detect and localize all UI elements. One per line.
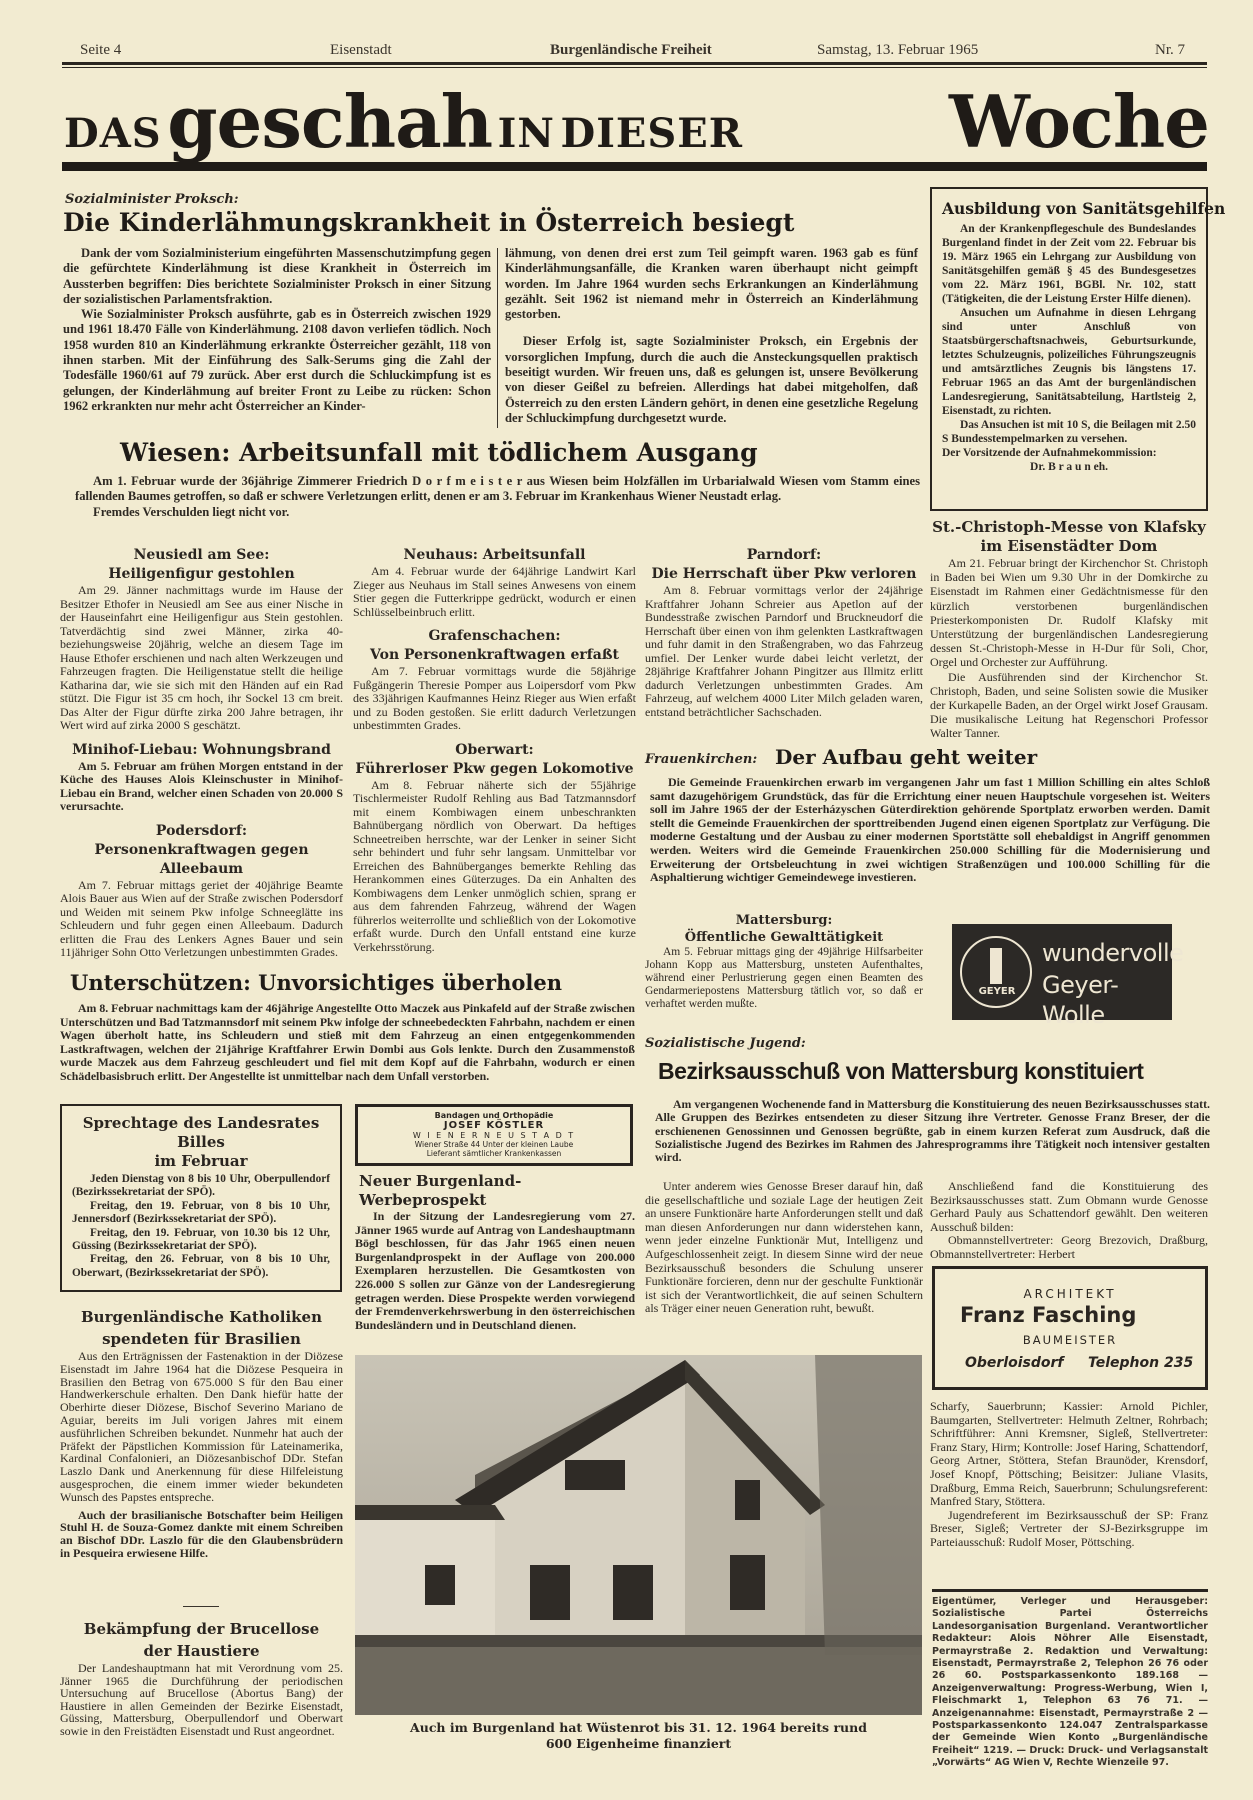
neusiedl-headline: Neusiedl am See: (60, 546, 343, 565)
fasching-ad-phone: Telephon 235 (1088, 1355, 1193, 1371)
koestler-ad-line1: Bandagen und Orthopädie (358, 1111, 630, 1120)
geyer-ad-line1: wundervolle (1042, 938, 1183, 968)
oberwart-subheadline: Führerloser Pkw gegen Lokomotive (353, 760, 636, 779)
paragraph: Dank der vom Sozialministerium eingeführ… (63, 246, 491, 307)
banner-word: Woche (949, 82, 1209, 162)
sprechtage-headline: Sprechtage des Landesrates Billes (72, 1114, 330, 1152)
impressum-rule (932, 1589, 1208, 1592)
banner-word: IN (498, 110, 555, 157)
banner-rule (62, 162, 1207, 171)
paragraph: Ansuchen um Aufnahme in diesen Lehrgang … (942, 306, 1196, 418)
mattersburg-headline: Mattersburg: (645, 912, 923, 929)
paragraph: Jeden Dienstag von 8 bis 10 Uhr, Oberpul… (72, 1173, 330, 1200)
masthead-rule (62, 62, 1207, 68)
parndorf-headline: Parndorf: (645, 546, 923, 565)
sprechtage-box: Sprechtage des Landesrates Billes im Feb… (60, 1104, 342, 1292)
paragraph: Freitag, den 19. Februar, von 10.30 bis … (72, 1227, 330, 1254)
paragraph: Am 7. Februar mittags geriet der 40jähri… (60, 879, 343, 960)
frauenkirchen-body: Die Gemeinde Frauenkirchen erwarb im ver… (650, 776, 1210, 885)
paragraph: Das Ansuchen ist mit 10 S, die Beilagen … (942, 418, 1196, 446)
article-separator (183, 1606, 219, 1607)
banner-word: DIESER (561, 110, 744, 157)
fasching-ad-place: Oberloisdorf (965, 1355, 1064, 1371)
paragraph: Am 8. Februar nachmittags kam der 46jähr… (60, 1002, 635, 1084)
grafenschachen-headline: Grafenschachen: (353, 627, 636, 646)
brucellose-article: Bekämpfung der Brucellose der Haustiere … (60, 1618, 343, 1738)
paragraph: Am vergangenen Wochenende fand in Matter… (655, 1098, 1210, 1164)
lead-headline: Die Kinderlähmungskrankheit in Österreic… (63, 208, 794, 237)
koestler-ad-note: Lieferant sämtlicher Krankenkassen (358, 1149, 630, 1158)
newspaper-page: Seite 4 Eisenstadt Burgenländische Freih… (0, 0, 1253, 1800)
lead-kicker: Sozialminister Proksch: (65, 192, 239, 207)
neusiedl-subheadline: Heiligenfigur gestohlen (60, 565, 343, 584)
unterschuetzen-headline: Unterschützen: Unvorsichtiges überholen (70, 970, 562, 995)
masthead-paper: Burgenländische Freiheit (550, 42, 712, 59)
house-photo (355, 1355, 922, 1715)
paragraph: Eigentümer, Verleger und Herausgeber: So… (932, 1596, 1208, 1770)
banner-word: DAS (64, 110, 162, 157)
paragraph: Fremdes Verschulden liegt nicht vor. (75, 505, 920, 520)
column-a: Neusiedl am See: Heiligenfigur gestohlen… (60, 546, 343, 960)
paragraph: Am 5. Februar mittags ging der 49jährige… (645, 946, 923, 1011)
jugend-col-2-bottom: Scharfy, Sauerbrunn; Kassier: Arnold Pic… (930, 1400, 1208, 1550)
paragraph: Am 7. Februar vormittags wurde die 58jäh… (353, 665, 636, 733)
jugend-lead: Am vergangenen Wochenende fand in Matter… (655, 1098, 1210, 1164)
paragraph: Dieser Erfolg ist, sagte Sozialminister … (505, 334, 918, 426)
podersdorf-subheadline: Personenkraftwagen gegen Alleebaum (60, 841, 343, 879)
geyer-logo-icon: GEYER (960, 936, 1032, 1008)
paragraph: In der Sitzung der Landesregierung vom 2… (355, 1210, 635, 1332)
sanitaet-box: Ausbildung von Sanitätsgehilfen An der K… (930, 187, 1208, 511)
koestler-ad-city: W I E N E R N E U S T A D T (358, 1131, 630, 1140)
jugend-headline: Bezirksausschuß von Mattersburg konstitu… (658, 1058, 1143, 1085)
paragraph: Scharfy, Sauerbrunn; Kassier: Arnold Pic… (930, 1400, 1208, 1509)
parndorf-article: Parndorf: Die Herrschaft über Pkw verlor… (645, 546, 923, 719)
oberwart-headline: Oberwart: (353, 741, 636, 760)
paragraph: Unter anderem wies Genosse Breser darauf… (645, 1180, 923, 1316)
paragraph: Anschließend fand die Konstituierung des… (930, 1180, 1208, 1234)
column-b: Neuhaus: Arbeitsunfall Am 4. Februar wur… (353, 546, 636, 954)
paragraph: Freitag, den 26. Februar, von 8 bis 10 U… (72, 1253, 330, 1280)
paragraph: Auch der brasilianische Botschafter beim… (60, 1509, 343, 1560)
column-divider (497, 248, 498, 428)
masthead-city: Eisenstadt (330, 42, 392, 59)
paragraph: Jugendreferent im Bezirksausschuß der SP… (930, 1509, 1208, 1550)
photo-caption: Auch im Burgenland hat Wüstenrot bis 31.… (355, 1720, 922, 1752)
paragraph: Die Gemeinde Frauenkirchen erwarb im ver… (650, 776, 1210, 885)
jugend-col-1: Unter anderem wies Genosse Breser darauf… (645, 1180, 923, 1316)
paragraph: Wie Sozialminister Proksch ausführte, ga… (63, 307, 491, 414)
grafenschachen-subheadline: Von Personenkraftwagen erfaßt (353, 646, 636, 665)
koestler-ad: Bandagen und Orthopädie JOSEF KÖSTLER W … (355, 1104, 633, 1166)
mattersburg-subheadline: Öffentliche Gewalttätigkeit (645, 929, 923, 946)
paragraph: Am 8. Februar näherte sich der 55jährige… (353, 779, 636, 955)
fasching-ad-subtitle: BAUMEISTER (935, 1333, 1205, 1347)
katholiken-headline: Burgenländische Katholiken (60, 1306, 343, 1328)
brucellose-subheadline: der Haustiere (60, 1640, 343, 1662)
wiesen-headline: Wiesen: Arbeitsunfall mit tödlichem Ausg… (120, 438, 758, 467)
paragraph: Am 5. Februar am frühen Morgen entstand … (60, 760, 343, 814)
jugend-kicker: Sozialistische Jugend: (645, 1036, 806, 1051)
christoph-article: St.-Christoph-Messe von Klafsky im Eisen… (930, 518, 1208, 741)
paragraph: Am 21. Februar bringt der Kirchenchor St… (930, 556, 1208, 670)
masthead: Seite 4 Eisenstadt Burgenländische Freih… (80, 42, 1205, 62)
signature: Dr. B r a u n eh. (942, 460, 1196, 474)
frauenkirchen-kicker: Frauenkirchen: (645, 752, 757, 767)
fasching-ad-name: Franz Fasching (960, 1303, 1136, 1327)
paragraph: Am 4. Februar wurde der 64jährige Landwi… (353, 565, 636, 619)
mattersburg-article: Mattersburg: Öffentliche Gewalttätigkeit… (645, 912, 923, 1011)
geyer-wolle-ad: GEYER wundervolle Geyer-Wolle (952, 924, 1172, 1020)
neuhaus-headline: Neuhaus: Arbeitsunfall (353, 546, 636, 565)
paragraph: lähmung, von denen drei erst zum Teil ge… (505, 246, 918, 322)
koestler-ad-name: JOSEF KÖSTLER (358, 1120, 630, 1131)
masthead-issue: Nr. 7 (1155, 42, 1185, 59)
christoph-subheadline: im Eisenstädter Dom (930, 537, 1208, 556)
werbeprospekt-article: Neuer Burgenland-Werbeprospekt In der Si… (355, 1172, 635, 1332)
page-number: Seite 4 (80, 42, 121, 59)
katholiken-subheadline: spendeten für Brasilien (60, 1328, 343, 1350)
jugend-col-2-top: Anschließend fand die Konstituierung des… (930, 1180, 1208, 1262)
caption-line: Auch im Burgenland hat Wüstenrot bis 31.… (355, 1720, 922, 1736)
banner-word: geschah (167, 79, 492, 164)
werbeprospekt-headline: Neuer Burgenland-Werbeprospekt (355, 1172, 635, 1210)
brucellose-headline: Bekämpfung der Brucellose (60, 1618, 343, 1640)
paragraph: Am 1. Februar wurde der 36jährige Zimmer… (75, 474, 920, 505)
lead-col-2: lähmung, von denen drei erst zum Teil ge… (505, 246, 918, 426)
paragraph: An der Krankenpflegeschule des Bundeslan… (942, 222, 1196, 306)
katholiken-article: Burgenländische Katholiken spendeten für… (60, 1306, 343, 1560)
paragraph: Obmannstellvertreter: Georg Brezovich, D… (930, 1234, 1208, 1261)
sanitaet-headline: Ausbildung von Sanitätsgehilfen (942, 199, 1196, 218)
paragraph: Aus den Erträgnissen der Fastenaktion in… (60, 1350, 343, 1504)
house-image (355, 1355, 922, 1715)
sprechtage-subheadline: im Februar (72, 1152, 330, 1171)
impressum: Eigentümer, Verleger und Herausgeber: So… (932, 1596, 1208, 1770)
paragraph: Die Ausführenden sind der Kirchenchor St… (930, 670, 1208, 741)
paragraph: Der Landeshauptmann hat mit Verordnung v… (60, 1662, 343, 1738)
koestler-ad-address: Wiener Straße 44 Unter der kleinen Laube (358, 1140, 630, 1149)
fasching-ad-title: ARCHITEKT (935, 1287, 1205, 1301)
paragraph: Am 8. Februar vormittags verlor der 24jä… (645, 584, 923, 719)
unterschuetzen-body: Am 8. Februar nachmittags kam der 46jähr… (60, 1002, 635, 1084)
lead-col-1: Dank der vom Sozialministerium eingeführ… (63, 246, 491, 414)
wiesen-body: Am 1. Februar wurde der 36jährige Zimmer… (75, 474, 920, 520)
page-banner: DAS geschah IN DIESER Woche (64, 82, 1209, 162)
geyer-ad-line2: Geyer-Wolle (1042, 970, 1172, 1030)
fasching-ad: ARCHITEKT Franz Fasching BAUMEISTER Ober… (932, 1266, 1208, 1390)
podersdorf-headline: Podersdorf: (60, 822, 343, 841)
masthead-date: Samstag, 13. Februar 1965 (817, 42, 978, 59)
parndorf-subheadline: Die Herrschaft über Pkw verloren (645, 565, 923, 584)
caption-line: 600 Eigenheime finanziert (355, 1736, 922, 1752)
christoph-headline: St.-Christoph-Messe von Klafsky (930, 518, 1208, 537)
paragraph: Freitag, den 19. Februar, von 8 bis 10 U… (72, 1200, 330, 1227)
minihof-headline: Minihof-Liebau: Wohnungsbrand (60, 741, 343, 760)
paragraph: Der Vorsitzende der Aufnahmekommission: (942, 446, 1196, 460)
frauenkirchen-headline: Der Aufbau geht weiter (775, 745, 1037, 769)
paragraph: Am 29. Jänner nachmittags wurde im Hause… (60, 584, 343, 733)
